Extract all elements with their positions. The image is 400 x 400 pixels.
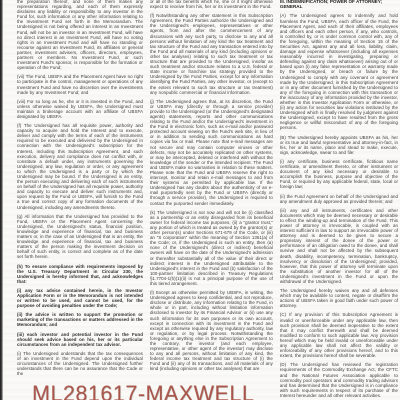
paragraph: (i) any certificate, business certificat… bbox=[280, 159, 398, 190]
text-column-right-body: (A) The Undersigned agrees to indemnify … bbox=[280, 13, 398, 398]
paragraph: The Undersigned hereby waives any and al… bbox=[280, 288, 398, 308]
paragraph: (i) The Undersigned understands that the… bbox=[17, 351, 143, 376]
paragraph: (h) To ensure compliance with requiremen… bbox=[17, 264, 143, 284]
paragraph: (viii) For so long as he, she or it is i… bbox=[17, 99, 143, 119]
paragraph: (k) The Undersigned is not now and will … bbox=[150, 210, 273, 286]
paragraph: (D) The Undersigned has reviewed the reg… bbox=[280, 362, 398, 398]
paragraph: (iii) each investor and potential invest… bbox=[17, 332, 143, 347]
paragraph: (A) The Undersigned agrees to indemnify … bbox=[280, 13, 398, 130]
scanned-document-page: the preparation thereof, and none of the… bbox=[0, 0, 400, 400]
red-id-watermark: ML281617-MAXWELL bbox=[32, 381, 254, 400]
paragraph: (j) The Undersigned agrees that, at its … bbox=[150, 99, 273, 206]
paragraph: (i) any tax advice contained herein, in … bbox=[17, 288, 143, 308]
scan-edge-artifact bbox=[0, 0, 3, 400]
paragraph: the preparation thereof, and none of the… bbox=[17, 0, 143, 70]
paragraph: (g) All information that the Undersigned… bbox=[17, 214, 143, 260]
paragraph: (vii) The Fund, UBSFA and the Placement … bbox=[17, 74, 143, 94]
text-columns: the preparation thereof, and none of the… bbox=[17, 0, 398, 400]
paragraph: or all of the tax benefits which he, she… bbox=[150, 0, 273, 9]
paragraph: (ii) the advice is written to support th… bbox=[17, 312, 143, 327]
paragraph: (f) Notwithstanding any other statement … bbox=[150, 13, 273, 95]
paragraph: (C) If any provision of this Subscriptio… bbox=[280, 312, 398, 358]
paragraph: (l) Except as otherwise permitted by UBS… bbox=[150, 290, 273, 372]
paragraph: (f) The Undersigned has all requisite po… bbox=[17, 123, 143, 210]
text-column-right: III. INDEMNIFICATION; POWER OF ATTORNEY;… bbox=[280, 0, 398, 400]
paragraph: (B) The Undersigned hereby appoints UBSF… bbox=[280, 135, 398, 155]
text-column-middle: or all of the tax benefits which he, she… bbox=[150, 0, 273, 400]
text-column-left: the preparation thereof, and none of the… bbox=[17, 0, 143, 400]
paragraph: (ii) the Fund Agreement on behalf of the… bbox=[280, 194, 398, 204]
paragraph: (iii) any and all instruments, certifica… bbox=[280, 208, 398, 284]
section-heading-indemnification: III. INDEMNIFICATION; POWER OF ATTORNEY;… bbox=[280, 0, 398, 9]
